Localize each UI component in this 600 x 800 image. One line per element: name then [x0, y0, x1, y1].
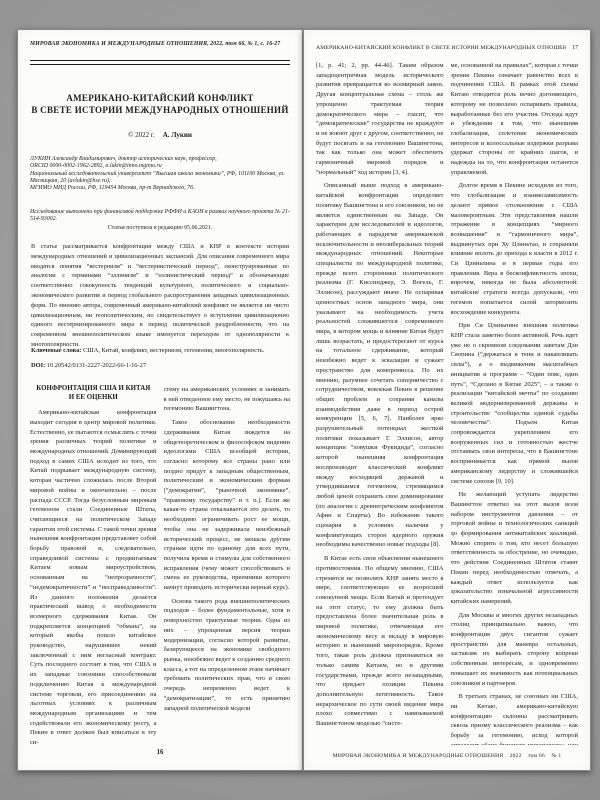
journal-page-16: МИРОВАЯ ЭКОНОМИКА И МЕЖДУНАРОДНЫЕ ОТНОШЕ… — [17, 29, 303, 771]
body-columns: [1, р. 41; 2, рр. 44-46]. Таким образом … — [316, 61, 578, 745]
paragraph: МГИМО МИД России, РФ, 119454 Москва, пр-… — [30, 185, 290, 192]
abstract: В статье рассматривается конфронтация ме… — [31, 242, 289, 350]
section-heading-line1: КОНФРОНТАЦИЯ США И КИТАЯ — [30, 385, 157, 394]
author-affiliation-block: ЛУКИН Александр Владимирович, доктор ист… — [30, 156, 290, 192]
paragraph: При Си Цзиньпине внешняя политика КНР ст… — [451, 321, 579, 486]
page-number: 17 — [572, 45, 578, 51]
paragraph: Американо-китайская конфронтация выходит… — [30, 408, 157, 745]
paragraph: Для Москвы и многих других незападных ст… — [451, 611, 579, 689]
paragraph: [1, р. 41; 2, рр. 44-46]. Таким образом … — [316, 61, 444, 177]
keywords-line: Ключевые слова: США, Китай, конфликт, ве… — [31, 347, 289, 354]
right-column: стему на американских условиях и занимат… — [164, 385, 291, 745]
scanned-journal-spread: { "left_page": { "running_head": "МИРОВА… — [0, 0, 600, 800]
funding-note: Исследование выполнено при финансовой по… — [30, 209, 290, 223]
paragraph: стему на американских условиях и занимат… — [164, 385, 291, 414]
column-text: ме, основанной на правилах”, которая с т… — [451, 61, 579, 745]
right-column: ме, основанной на правилах”, которая с т… — [451, 61, 579, 745]
article-title: АМЕРИКАНО-КИТАЙСКИЙ КОНФЛИКТ В СВЕТЕ ИСТ… — [28, 92, 292, 116]
paragraph: Не желающий уступать лидерство Вашингтон… — [451, 490, 579, 606]
paragraph: ме, основанной на правилах”, которая с т… — [451, 61, 579, 177]
double-rule — [30, 60, 290, 65]
section-heading: КОНФРОНТАЦИЯ США И КИТАЯ И ЕЕ ОЦЕНКИ — [30, 385, 157, 402]
paragraph: Долгое время в Пекине исходили из того, … — [451, 181, 579, 317]
paragraph: ЛУКИН Александр Владимирович, доктор ист… — [30, 156, 290, 163]
column-text: стему на американских условиях и занимат… — [164, 385, 291, 713]
paragraph: Описанный выше подход к американо-китайс… — [316, 181, 444, 550]
copyright-author-line: © 2022 г.А. Лукин — [18, 131, 302, 139]
article-title-line2: В СВЕТЕ ИСТОРИИ МЕЖДУНАРОДНЫХ ОТНОШЕНИЙ — [28, 104, 292, 116]
journal-footer: МИРОВАЯ ЭКОНОМИКА И МЕЖДУНАРОДНЫЕ ОТНОШЕ… — [304, 753, 590, 759]
paragraph: Такое обоснование необходимости сдержива… — [164, 418, 291, 593]
left-column: [1, р. 41; 2, рр. 44-46]. Таким образом … — [316, 61, 444, 745]
keywords-list: США, Китай, конфликт, вестернизм, гегемо… — [81, 347, 264, 354]
paragraph: Основа такого рода внешнеполитических по… — [164, 597, 291, 713]
running-head: МИРОВАЯ ЭКОНОМИКА И МЕЖДУНАРОДНЫЕ ОТНОШЕ… — [30, 41, 290, 47]
author-name: А. Лукин — [163, 131, 192, 139]
column-text: [1, р. 41; 2, рр. 44-46]. Таким образом … — [316, 61, 444, 729]
doi-label: DOI: — [31, 362, 45, 369]
left-column: КОНФРОНТАЦИЯ США И КИТАЯ И ЕЕ ОЦЕНКИ Аме… — [30, 385, 157, 745]
column-text: Американо-китайская конфронтация выходит… — [30, 408, 157, 745]
body-columns: КОНФРОНТАЦИЯ США И КИТАЯ И ЕЕ ОЦЕНКИ Аме… — [30, 385, 290, 745]
paragraph: В третьих странах, не союзных ни США, ни… — [451, 692, 579, 745]
journal-page-17: АМЕРИКАНО-КИТАЙСКИЙ КОНФЛИКТ В СВЕТЕ ИСТ… — [303, 29, 591, 771]
paragraph: ORCID 0000-0002-1962-2892, a.lukin@inno.… — [30, 163, 290, 170]
received-date-line: Статья поступила в редакцию 05.06.2021. — [18, 225, 302, 231]
running-head: АМЕРИКАНО-КИТАЙСКИЙ КОНФЛИКТ В СВЕТЕ ИСТ… — [316, 45, 566, 51]
page-number: 16 — [18, 749, 302, 756]
doi-value: 10.20542/0131-2227-2022-66-1-16-27 — [45, 362, 146, 369]
article-title-line1: АМЕРИКАНО-КИТАЙСКИЙ КОНФЛИКТ — [28, 92, 292, 104]
doi-line: DOI: 10.20542/0131-2227-2022-66-1-16-27 — [31, 362, 289, 369]
paragraph: В Китае есть свои объяснения нынешнего п… — [316, 554, 444, 729]
copyright-year: © 2022 г. — [128, 131, 155, 139]
keywords-label: Ключевые слова: — [31, 347, 81, 354]
section-heading-line2: И ЕЕ ОЦЕНКИ — [30, 394, 157, 403]
paragraph: Национальный исследовательский университ… — [30, 171, 290, 186]
